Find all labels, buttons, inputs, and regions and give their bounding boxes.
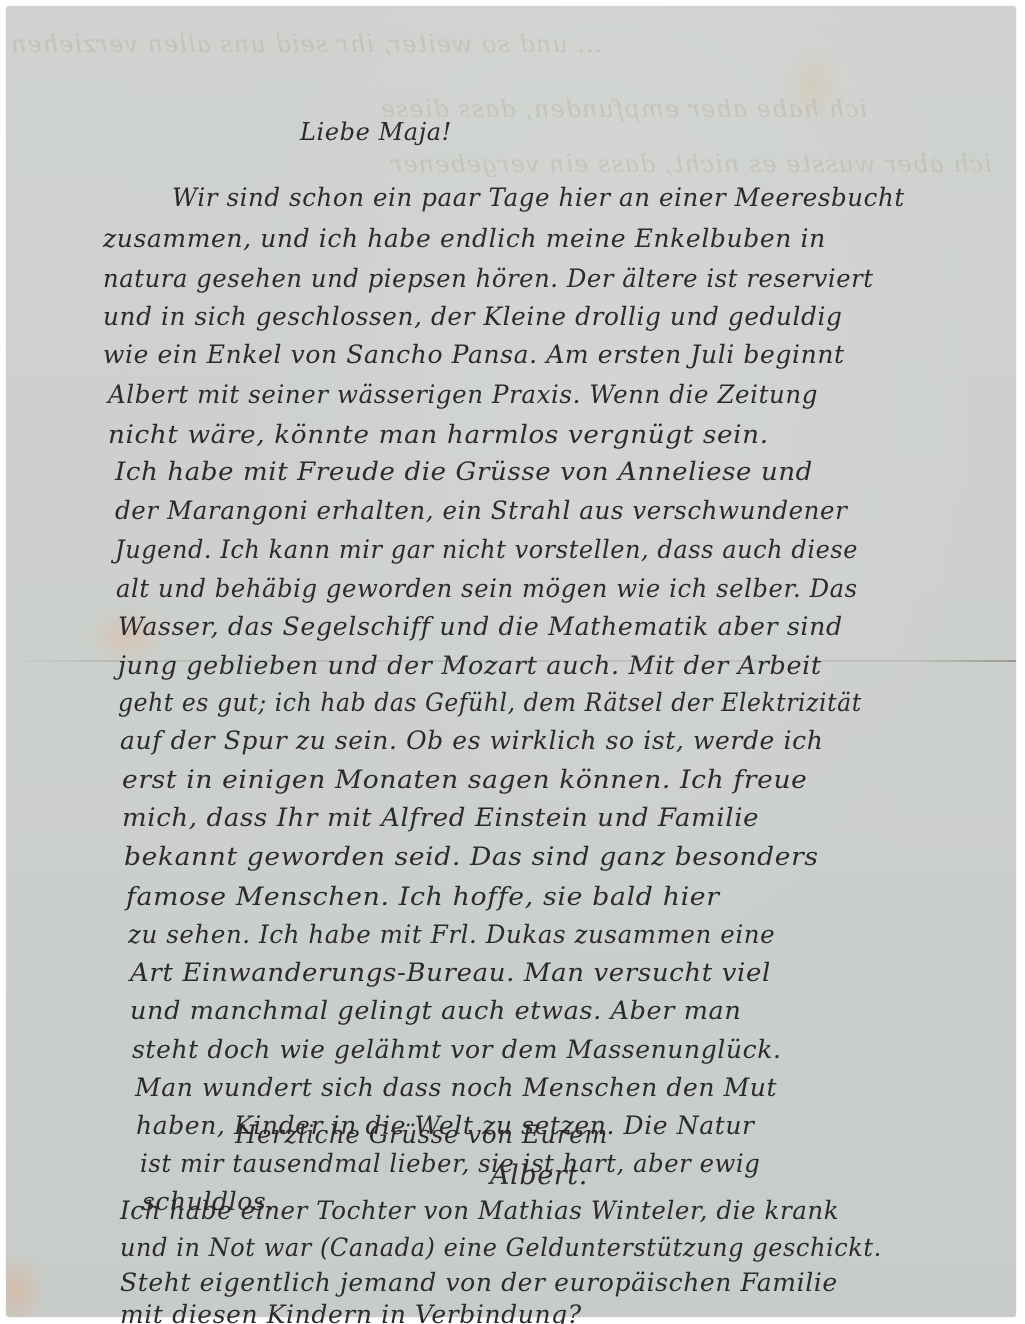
postscript-line: mit diesen Kindern in Verbindung? [120, 1300, 582, 1324]
letter-line: nicht wäre, könnte man harmlos vergnügt … [108, 420, 769, 449]
letter-line: Wir sind schon ein paar Tage hier an ein… [172, 183, 905, 212]
closing-line: Herzliche Grüsse von Eurem [235, 1120, 608, 1149]
letter-line: Albert mit seiner wässerigen Praxis. Wen… [108, 380, 818, 409]
letter-line: Ich habe mit Freude die Grüsse von Annel… [115, 457, 813, 486]
letter-line: jung geblieben und der Mozart auch. Mit … [118, 651, 822, 680]
letter-line: ist mir tausendmal lieber, sie ist hart,… [140, 1149, 760, 1178]
letter-line: und manchmal gelingt auch etwas. Aber ma… [130, 996, 741, 1025]
letter-line: mich, dass Ihr mit Alfred Einstein und F… [122, 803, 759, 832]
letter-line: und in sich geschlossen, der Kleine drol… [103, 302, 842, 331]
bleed-through-text: ... und so weiter, ihr seid uns allen ve… [10, 30, 602, 58]
letter-line: Art Einwanderungs-Bureau. Man versucht v… [130, 958, 771, 987]
postscript-line: Steht eigentlich jemand von der europäis… [120, 1268, 838, 1297]
letter-line: natura gesehen und piepsen hören. Der äl… [103, 264, 874, 293]
letter-line: famose Menschen. Ich hoffe, sie bald hie… [126, 882, 720, 911]
letter-line: auf der Spur zu sein. Ob es wirklich so … [120, 726, 823, 755]
letter-line: der Marangoni erhalten, ein Strahl aus v… [115, 496, 847, 525]
letter-line: alt und behäbig geworden sein mögen wie … [116, 574, 858, 603]
letter-line: Wasser, das Segelschiff und die Mathemat… [118, 612, 843, 641]
letter-line: bekannt geworden seid. Das sind ganz bes… [124, 842, 819, 871]
letter-line: zusammen, und ich habe endlich meine Enk… [103, 224, 826, 253]
letter-line: geht es gut; ich hab das Gefühl, dem Rät… [118, 688, 862, 717]
bleed-through-text: ich habe aber empfunden, dass diese [380, 95, 867, 123]
postscript-line: Ich habe einer Tochter von Mathias Winte… [120, 1196, 839, 1225]
letter-line: zu sehen. Ich habe mit Frl. Dukas zusamm… [128, 920, 775, 949]
letter-line: wie ein Enkel von Sancho Pansa. Am erste… [103, 340, 845, 369]
postscript-line: und in Not war (Canada) eine Geldunterst… [120, 1233, 882, 1262]
letter-line: erst in einigen Monaten sagen können. Ic… [122, 765, 807, 794]
letter-line: Jugend. Ich kann mir gar nicht vorstelle… [115, 535, 858, 564]
bleed-through-text: ich aber wusste es nicht, dass ein verge… [390, 150, 992, 178]
salutation: Liebe Maja! [300, 118, 452, 146]
signature: Albert. [490, 1160, 588, 1191]
letter-line: steht doch wie gelähmt vor dem Massenung… [132, 1035, 782, 1064]
letter-line: Man wundert sich dass noch Menschen den … [135, 1073, 777, 1102]
